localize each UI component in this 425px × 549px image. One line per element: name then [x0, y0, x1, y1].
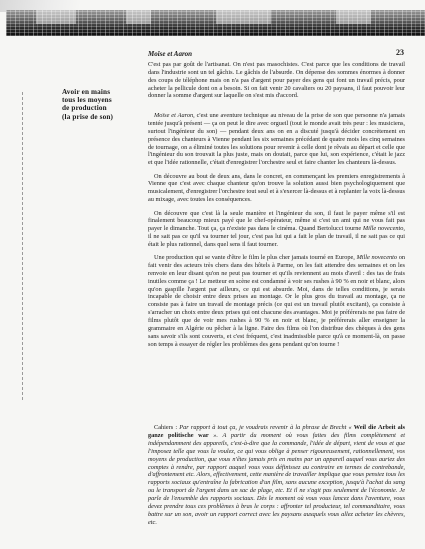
- film-title: Mille novecento: [363, 225, 404, 232]
- header-photo-strip: [6, 10, 425, 36]
- article-body: C'est pas par goût de l'artisanat. On n'…: [148, 61, 405, 354]
- speaker-label: Cahiers :: [154, 424, 179, 431]
- interview-question: Cahiers : Par rapport à tout ça, je voud…: [148, 424, 405, 527]
- photo-highlight: [336, 10, 371, 24]
- paragraph: C'est pas par goût de l'artisanat. On n'…: [148, 61, 405, 100]
- running-head: Moïse et Aaron: [148, 50, 404, 58]
- paragraph: Moïse et Aaron, c'est une aventure techn…: [148, 112, 405, 167]
- page-number: 23: [396, 48, 404, 57]
- photo-highlight: [216, 10, 271, 24]
- paragraph: Une production qui se vante d'être le fi…: [148, 254, 405, 348]
- photo-highlight: [36, 10, 76, 24]
- sidebar-heading-line: (la prise de son): [62, 113, 146, 121]
- film-title: Moïse et Aaron: [154, 112, 193, 119]
- film-title: Mille novecento: [357, 254, 397, 261]
- paragraph: Cahiers : Par rapport à tout ça, je voud…: [148, 424, 405, 527]
- margin-scan-rule: [22, 92, 23, 402]
- paragraph: On découvre que c'est là la seule manièr…: [148, 210, 405, 249]
- photo-highlight: [126, 10, 151, 24]
- sidebar-heading-line: de production: [62, 104, 146, 112]
- sidebar-heading-line: tous les moyens: [62, 96, 146, 104]
- paragraph: On découvre au bout de deux ans, dans le…: [148, 173, 405, 204]
- sidebar-heading-line: Avoir en mains: [62, 88, 146, 96]
- sidebar-heading: Avoir en mains tous les moyens de produc…: [62, 88, 146, 121]
